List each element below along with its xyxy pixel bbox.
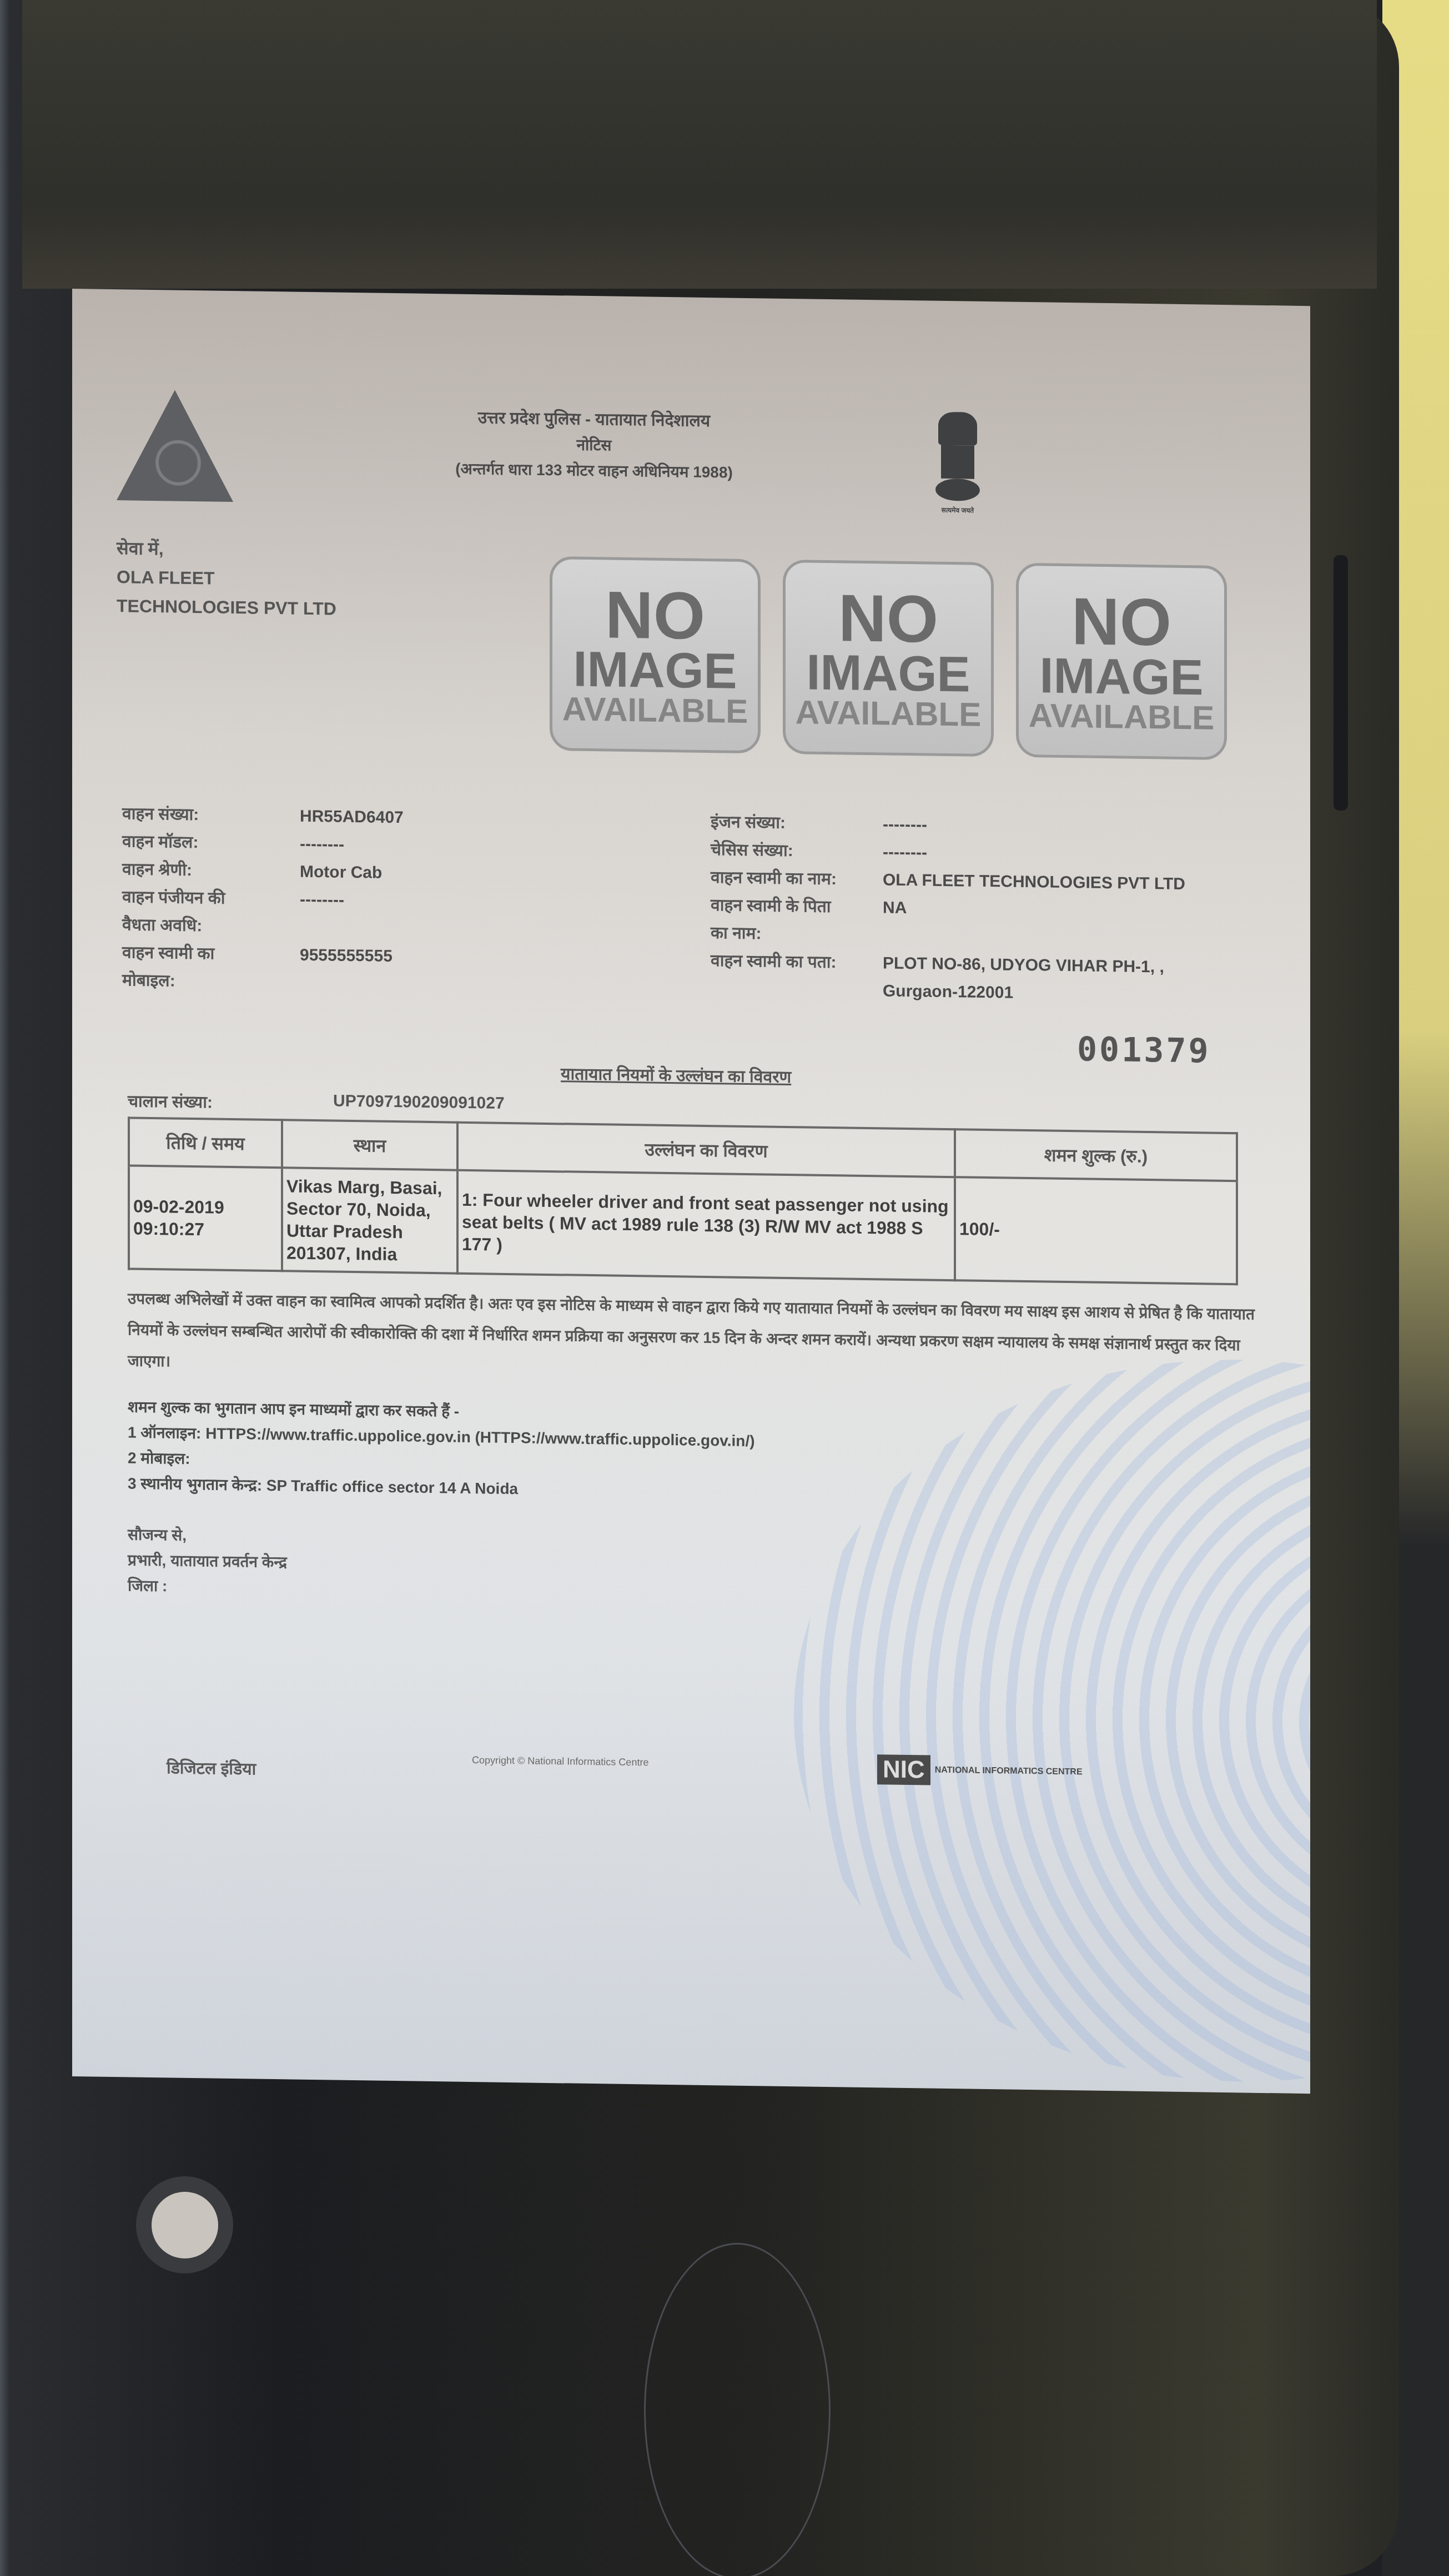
phone-edge bbox=[0, 0, 10, 2576]
vehicle-model-row: वाहन मॉडल:-------- bbox=[122, 828, 404, 859]
challan-notice: उत्तर प्रदेश पुलिस - यातायात निदेशालय नो… bbox=[72, 289, 1310, 2094]
addressee-name: OLA FLEET TECHNOLOGIES PVT LTD bbox=[117, 562, 350, 623]
cell-description: 1: Four wheeler driver and front seat pa… bbox=[457, 1170, 955, 1281]
screen-top-bezel bbox=[22, 0, 1377, 289]
owner-address: PLOT NO-86, UDYOG VIHAR PH-1, , bbox=[883, 949, 1164, 981]
footer-copyright: Copyright © National Informatics Centre bbox=[472, 1754, 648, 1768]
violation-section-title: यातायात नियमों के उल्लंघन का विवरण bbox=[561, 1061, 791, 1088]
vehicle-details-right: इंजन संख्या:-------- चेसिस संख्या:------… bbox=[711, 808, 1294, 1011]
evidence-image-3[interactable]: NO IMAGE AVAILABLE bbox=[1016, 563, 1227, 760]
header-notice-title: नोटिस bbox=[372, 431, 816, 459]
signoff: सौजन्य से, प्रभारी, यातायात प्रवर्तन केन… bbox=[128, 1522, 287, 1601]
notice-header: उत्तर प्रदेश पुलिस - यातायात निदेशालय नो… bbox=[372, 404, 816, 484]
evidence-image-1[interactable]: NO IMAGE AVAILABLE bbox=[550, 556, 761, 753]
evidence-images: NO IMAGE AVAILABLE NO IMAGE AVAILABLE NO… bbox=[550, 556, 1227, 760]
assistive-touch-button[interactable] bbox=[136, 2176, 233, 2273]
cell-location: Vikas Marg, Basai, Sector 70, Noida, Utt… bbox=[282, 1168, 457, 1273]
cell-fine: 100/- bbox=[955, 1177, 1237, 1284]
vehicle-number-row: वाहन संख्या:HR55AD6407 bbox=[122, 800, 404, 832]
serial-number: 001379 bbox=[1077, 1030, 1211, 1070]
phone-body: उत्तर प्रदेश पुलिस - यातायात निदेशालय नो… bbox=[0, 0, 1399, 2576]
emblem-motto: सत्यमेव जयते bbox=[930, 505, 985, 515]
header-legal-section: (अन्तर्गत धारा 133 मोटर वाहन अधिनियम 198… bbox=[372, 457, 816, 484]
vehicle-category-row: वाहन श्रेणी:Motor Cab bbox=[122, 856, 404, 887]
national-emblem-icon: सत्यमेव जयते bbox=[930, 412, 985, 524]
nic-logo-icon: NIC NATIONAL INFORMATICS CENTRE bbox=[877, 1754, 1083, 1787]
vehicle-details-left: वाहन संख्या:HR55AD6407 वाहन मॉडल:-------… bbox=[122, 800, 404, 998]
owner-name: OLA FLEET TECHNOLOGIES PVT LTD bbox=[883, 866, 1185, 898]
header-department: उत्तर प्रदेश पुलिस - यातायात निदेशालय bbox=[372, 404, 816, 433]
cell-datetime: 09-02-2019 09:10:27 bbox=[129, 1165, 282, 1271]
phone-screen: उत्तर प्रदेश पुलिस - यातायात निदेशालय नो… bbox=[72, 289, 1310, 2094]
home-button[interactable] bbox=[644, 2243, 831, 2576]
screen-moire-pattern bbox=[794, 1354, 1310, 2087]
violation-table: तिथि / समय स्थान उल्लंघन का विवरण शमन शु… bbox=[128, 1116, 1238, 1285]
registration-validity-row: वाहन पंजीयन की-------- bbox=[122, 883, 404, 915]
col-fine: शमन शुल्क (रु.) bbox=[955, 1129, 1237, 1181]
notice-paragraph: उपलब्ध अभिलेखों में उक्त वाहन का स्वामित… bbox=[128, 1283, 1255, 1392]
vehicle-number: HR55AD6407 bbox=[300, 803, 404, 832]
payment-options: शमन शुल्क का भुगतान आप इन माध्यमों द्वार… bbox=[128, 1394, 755, 1505]
addressee-salutation: सेवा में, bbox=[117, 534, 350, 566]
owner-mobile-row: वाहन स्वामी का9555555555 bbox=[122, 939, 404, 970]
challan-number: UP7097190209091027 bbox=[333, 1092, 505, 1117]
digital-india-logo-icon: डिजिटल इंडिया bbox=[167, 1755, 256, 1779]
side-button bbox=[1334, 555, 1348, 811]
police-logo-emblem bbox=[155, 440, 201, 486]
table-row: 09-02-2019 09:10:27 Vikas Marg, Basai, S… bbox=[129, 1165, 1237, 1284]
addressee-block: सेवा में, OLA FLEET TECHNOLOGIES PVT LTD bbox=[117, 534, 350, 623]
evidence-image-2[interactable]: NO IMAGE AVAILABLE bbox=[783, 560, 994, 757]
owner-mobile: 9555555555 bbox=[300, 942, 393, 970]
up-police-logo-icon bbox=[117, 389, 233, 502]
col-location: स्थान bbox=[282, 1120, 457, 1170]
col-description: उल्लंघन का विवरण bbox=[457, 1123, 955, 1178]
challan-number-row: चालान संख्या: UP7097190209091027 bbox=[128, 1089, 505, 1116]
col-datetime: तिथि / समय bbox=[129, 1118, 282, 1168]
